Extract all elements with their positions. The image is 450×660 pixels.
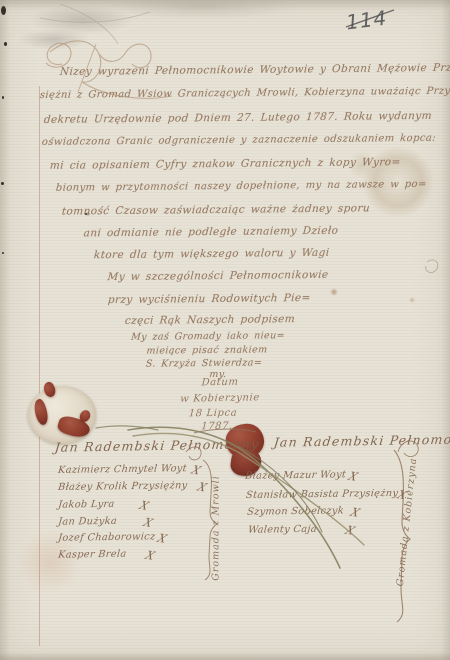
- signature-header-right: Jan Radembski Pełnomocny: [273, 431, 450, 450]
- cross-mark: X: [141, 515, 155, 530]
- signer-name: Stanisław Basista Przysiężny: [245, 488, 398, 504]
- manuscript-line: S. Krzyża Stwierdza=: [138, 357, 271, 369]
- manuscript-line: częci Rąk Naszych podpisem: [115, 313, 304, 327]
- paper-speck: [2, 252, 4, 254]
- manuscript-line: ktore dla tym większego waloru y Wagi: [93, 247, 322, 261]
- manuscript-line: ani odmianie nie podległe uznaiemy Dzieł…: [79, 225, 342, 240]
- signature-row: Jakob Lyra X: [57, 498, 148, 513]
- cross-mark: X: [155, 531, 169, 546]
- manuscript-line: mieiące pisać znakiem: [128, 344, 287, 357]
- manuscript-line: mi cia opisaniem Cyfry znakow Granicznyc…: [49, 156, 392, 172]
- signature-row: Kasper Brela X: [57, 548, 154, 563]
- cross-mark: X: [195, 480, 209, 495]
- group-label-left: Gromada z Mrowli: [211, 475, 222, 581]
- datum-line: 18 Lipca: [148, 407, 279, 420]
- signer-name: Walenty Caja: [247, 524, 317, 539]
- signer-name: Kazimierz Chmytel Woyt: [57, 463, 187, 479]
- cross-mark: X: [348, 505, 362, 520]
- signer-name: Błażey Mazur Woyt: [244, 469, 346, 484]
- cross-mark: X: [346, 469, 360, 484]
- cross-mark: X: [343, 523, 357, 538]
- cross-mark: X: [137, 498, 151, 513]
- signature-row: Błażey Mazur Woyt X: [244, 469, 357, 485]
- cross-mark: X: [189, 463, 203, 478]
- paper-speck: [2, 96, 4, 99]
- crease-lines: [40, 4, 150, 44]
- signature-row: Błażey Krolik Przysiężny X: [57, 480, 206, 496]
- paper-speck: [1, 6, 6, 15]
- manuscript-line: tomność Czasow zaświadczaiąc ważne żadne…: [61, 202, 364, 217]
- signer-name: Jan Dużyka: [57, 516, 117, 531]
- manuscript-line: przy wyciśnieniu Rodowitych Pie=: [107, 292, 310, 306]
- cross-mark: X: [143, 548, 157, 563]
- signature-row: Kazimierz Chmytel Woyt X: [57, 463, 200, 479]
- signature-row: Jozef Chaborowicz X: [57, 531, 166, 547]
- page-number: 114: [345, 6, 389, 35]
- signer-name: Błażey Krolik Przysiężny: [57, 480, 188, 496]
- group-label-right: Gromada z Kobierzyna: [395, 457, 419, 587]
- signer-name: Kasper Brela: [57, 549, 127, 564]
- signature-row: Jan Dużyka X: [57, 515, 152, 530]
- signer-name: Jakob Lyra: [57, 499, 115, 514]
- margin-rule: [39, 86, 40, 646]
- signer-name: Szymon Sobelczyk: [246, 505, 344, 520]
- paper-speck: [1, 182, 4, 185]
- manuscript-line: My w szczególności Pełnomocnikowie: [99, 269, 336, 283]
- manuscript-line: dekretu Urzędownie pod Dniem 27. Lutego …: [43, 110, 406, 126]
- manuscript-line: siężni z Gromad Wsiow Graniczących Mrowl…: [39, 86, 424, 101]
- manuscript-line: oświadczona Granic odgraniczenie y zazna…: [41, 133, 402, 148]
- datum-line: w Kobierzynie: [148, 392, 293, 406]
- signature-row: Szymon Sobelczyk X: [246, 505, 359, 521]
- datum-line: Datum: [150, 376, 291, 389]
- manuscript-line: Nizey wyrazeni Pełnomocnikowie Woytowie …: [59, 62, 430, 78]
- signer-name: Jozef Chaborowicz: [57, 531, 156, 546]
- manuscript-line: My zaś Gromady iako nieu=: [122, 330, 295, 343]
- signature-row: Stanisław Basista Przysiężny X: [245, 488, 394, 504]
- signature-row: Walenty Caja X: [247, 523, 354, 538]
- manuscript-line: bionym w przytomności naszey dopełnione,…: [55, 179, 386, 193]
- paper-speck: [4, 42, 7, 46]
- manuscript-page: 114 Nizey wyrazeni Pełnomocnikowie Woyto…: [0, 0, 450, 660]
